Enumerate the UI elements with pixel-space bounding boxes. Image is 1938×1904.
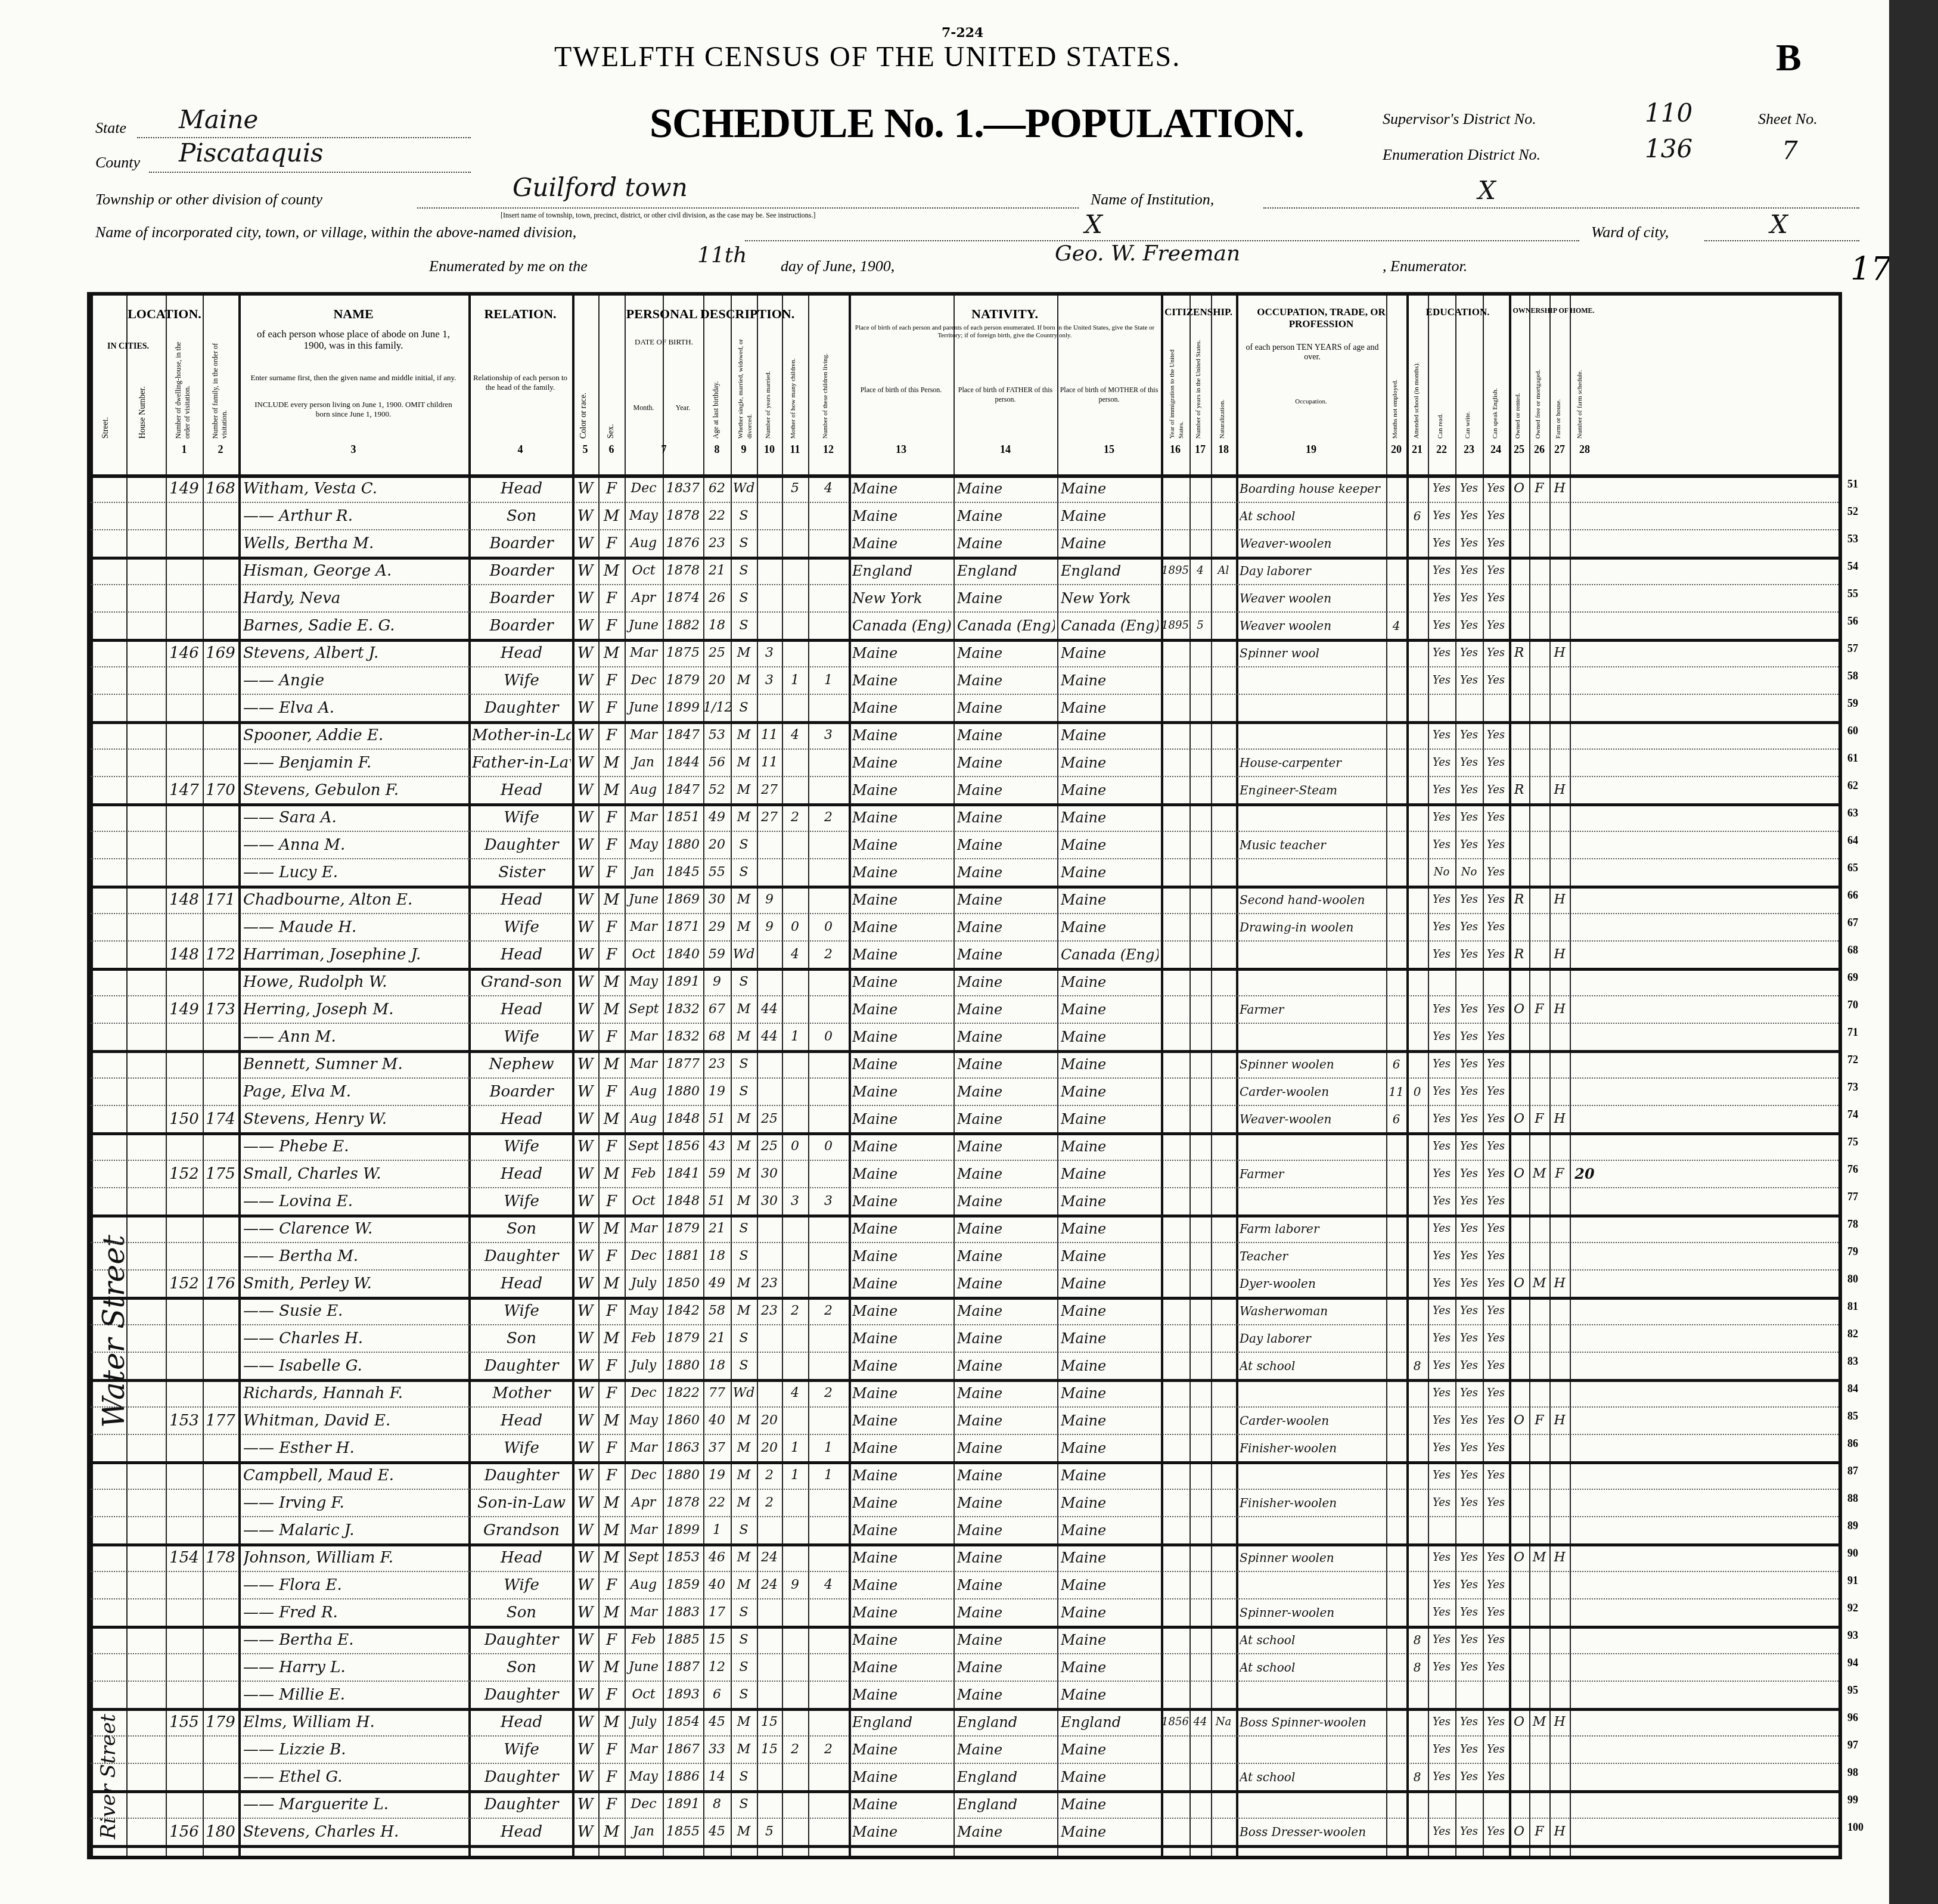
free-mortgaged: M [1529,1543,1549,1570]
dwelling-number [166,1023,203,1049]
table-row: Barnes, Sadie E. G. Boarder W F June 188… [91,611,1838,642]
attended-school [1406,1598,1428,1625]
naturalization [1211,694,1236,720]
birthplace-father: Maine [957,748,1055,775]
months-unemployed [1386,1215,1406,1241]
birthplace-father: Maine [957,1818,1055,1844]
birthplace-father: Maine [957,886,1055,912]
owned-rented [1509,1324,1529,1350]
months-unemployed [1386,1598,1406,1625]
table-row: —— Arthur R. Son W M May 1878 22 S Maine… [91,502,1838,530]
marital-status-header: Whether single, married, widowed, or div… [737,331,754,439]
sex: F [598,584,625,610]
occupation [1240,858,1385,884]
dwelling-number: 147 [166,776,203,802]
birth-month: Dec [625,1379,663,1405]
age: 18 [703,611,731,638]
farm-house [1549,1434,1570,1460]
attended-school [1406,557,1428,583]
birthplace-father: Maine [957,940,1055,967]
attended-school [1406,1516,1428,1542]
birthplace-father: Maine [957,1324,1055,1350]
children-living [808,858,849,884]
months-unemployed [1386,1790,1406,1816]
free-mortgaged [1529,1324,1549,1350]
line-number: 79 [1847,1245,1858,1258]
owned-rented [1509,1571,1529,1597]
can-read: Yes [1428,1626,1455,1652]
immigration-year [1161,1242,1189,1268]
attended-school [1406,584,1428,610]
birthplace-father: Maine [957,1598,1055,1625]
ward-value: X [1770,210,1788,239]
age: 21 [703,1215,731,1241]
marital-status: S [731,831,757,857]
naturalization [1211,1105,1236,1131]
color: W [572,1077,598,1104]
birthplace-mother: England [1061,557,1159,583]
can-write: Yes [1455,995,1483,1021]
table-row: —— Bertha E. Daughter W F Feb 1885 15 S … [91,1626,1838,1654]
can-speak-english: Yes [1483,1160,1509,1186]
attended-school [1406,1324,1428,1350]
immigration-year [1161,529,1189,555]
marital-status: M [731,1187,757,1213]
free-mortgaged-header: Owned free or mortgaged. [1534,337,1543,439]
line-number: 97 [1847,1739,1858,1751]
person-name: —— Esther H. [243,1434,466,1460]
line-number: 80 [1847,1273,1858,1285]
colnum-26: 26 [1529,443,1549,456]
farm-schedule-number [1570,557,1600,583]
free-mortgaged [1529,639,1549,665]
person-name: Harriman, Josephine J. [243,940,466,967]
years-in-us-header: Number of years in the United States. [1194,331,1203,439]
immigration-year [1161,1790,1189,1816]
group-citizenship: CITIZENSHIP. [1161,306,1236,318]
months-unemployed [1386,1379,1406,1405]
immigration-year [1161,913,1189,939]
occupation: Carder-woolen [1240,1077,1385,1104]
mother-of [782,831,808,857]
farm-house [1549,1187,1570,1213]
children-living [808,529,849,555]
months-unemployed [1386,1324,1406,1350]
birthplace-mother: Maine [1061,1571,1159,1597]
relation: Head [472,995,571,1021]
family-number [203,1735,238,1762]
sex: F [598,694,625,720]
immigration-year [1161,1187,1189,1213]
can-read: Yes [1428,1708,1455,1734]
children-living [808,1324,849,1350]
dwelling-number: 154 [166,1543,203,1570]
can-read: Yes [1428,1489,1455,1515]
birth-year: 1847 [663,721,703,747]
relation: Boarder [472,584,571,610]
family-number [203,694,238,720]
sex: M [598,1324,625,1350]
color: W [572,1434,598,1460]
birth-year: 1882 [663,611,703,638]
relation: Boarder [472,611,571,638]
immigration-year [1161,1489,1189,1515]
person-name: Chadbourne, Alton E. [243,886,466,912]
birth-year: 1886 [663,1763,703,1789]
can-write: Yes [1455,1708,1483,1734]
color: W [572,1735,598,1762]
person-name: Barnes, Sadie E. G. [243,611,466,638]
dwelling-number [166,1050,203,1076]
group-ownership: OWNERSHIP OF HOME. [1509,306,1598,315]
farm-house [1549,1352,1570,1378]
can-read: Yes [1428,1598,1455,1625]
family-header: Number of family, in the order of visita… [211,331,229,439]
line-number: 71 [1847,1026,1858,1039]
birthplace-mother: Maine [1061,1790,1159,1816]
children-living [808,1763,849,1789]
marital-status: M [731,776,757,802]
farm-schedule-number: 20 [1570,1160,1600,1186]
birth-year: 1855 [663,1818,703,1844]
age: 67 [703,995,731,1021]
can-read: Yes [1428,831,1455,857]
attended-school [1406,1132,1428,1158]
table-row: —— Fred R. Son W M Mar 1883 17 S Maine M… [91,1598,1838,1629]
free-mortgaged [1529,1077,1549,1104]
person-name: Richards, Hannah F. [243,1379,466,1405]
naturalization [1211,584,1236,610]
family-number: 179 [203,1708,238,1734]
enumerated-day: 11th [697,243,747,268]
farm-house [1549,1297,1570,1323]
immigration-year [1161,803,1189,830]
relation: Head [472,940,571,967]
sex: M [598,1818,625,1844]
birth-year: 1875 [663,639,703,665]
age: 33 [703,1735,731,1762]
table-row: Spooner, Addie E. Mother-in-Law W F Mar … [91,721,1838,750]
months-unemployed [1386,886,1406,912]
months-unemployed [1386,1818,1406,1844]
farm-house [1549,831,1570,857]
years-married: 30 [757,1160,782,1186]
dwelling-number [166,1077,203,1104]
enumeration-district-label: Enumeration District No. [1383,146,1541,164]
marital-status: S [731,1516,757,1542]
table-row: —— Esther H. Wife W F Mar 1863 37 M 20 1… [91,1434,1838,1464]
person-name: Stevens, Albert J. [243,639,466,665]
sex: M [598,748,625,775]
years-in-us [1189,1187,1211,1213]
birth-month: May [625,831,663,857]
owned-rented [1509,1132,1529,1158]
birthplace-mother: Maine [1061,1681,1159,1707]
birth-month: June [625,886,663,912]
sex: M [598,995,625,1021]
naturalization [1211,1132,1236,1158]
attended-school [1406,1461,1428,1487]
years-married: 2 [757,1489,782,1515]
age: 1/12 [703,694,731,720]
age: 55 [703,858,731,884]
can-write: Yes [1455,1132,1483,1158]
city-label: Name of incorporated city, town, or vill… [95,223,576,241]
table-row: —— Charles H. Son W M Feb 1879 21 S Main… [91,1324,1838,1353]
children-living [808,611,849,638]
years-in-us [1189,1215,1211,1241]
can-speak-english: Yes [1483,1571,1509,1597]
person-name: —— Elva A. [243,694,466,720]
family-number [203,611,238,638]
birthplace-mother: Maine [1061,1324,1159,1350]
colnum-23: 23 [1455,443,1483,456]
relation: Wife [472,803,571,830]
age: 1 [703,1516,731,1542]
relation: Head [472,776,571,802]
relation: Grandson [472,1516,571,1542]
immigration-year [1161,748,1189,775]
can-read [1428,1681,1455,1707]
years-in-us [1189,1763,1211,1789]
colnum-18: 18 [1211,443,1236,456]
color: W [572,858,598,884]
birthplace-person: Maine [852,1324,951,1350]
age: 22 [703,1489,731,1515]
owned-rented [1509,529,1529,555]
years-in-us [1189,776,1211,802]
farm-schedule-number [1570,858,1600,884]
attended-school [1406,1105,1428,1131]
birth-year: 1880 [663,1352,703,1378]
attended-school [1406,1708,1428,1734]
farm-schedule-number [1570,1818,1600,1844]
naturalization [1211,1681,1236,1707]
farm-house [1549,1461,1570,1487]
years-married: 27 [757,776,782,802]
mother-of: 0 [782,913,808,939]
birth-year: 1840 [663,940,703,967]
birth-year: 1863 [663,1434,703,1460]
can-write: Yes [1455,831,1483,857]
birth-year: 1856 [663,1132,703,1158]
children-living [808,776,849,802]
date-of-birth-label: DATE OF BIRTH. [625,337,703,347]
years-married: 23 [757,1297,782,1323]
mother-of [782,1324,808,1350]
colnum-2: 2 [203,443,238,456]
colnum-17: 17 [1189,443,1211,456]
family-number [203,1297,238,1323]
months-unemployed [1386,1132,1406,1158]
years-in-us [1189,1434,1211,1460]
marital-status: S [731,1242,757,1268]
sex: F [598,611,625,638]
occupation: Drawing-in woolen [1240,913,1385,939]
free-mortgaged [1529,858,1549,884]
farm-schedule-number [1570,1132,1600,1158]
children-living [808,1543,849,1570]
birthplace-person: Maine [852,1681,951,1707]
months-unemployed: 6 [1386,1105,1406,1131]
sex: M [598,1489,625,1515]
farm-schedule-number [1570,1461,1600,1487]
free-mortgaged: M [1529,1160,1549,1186]
free-mortgaged: F [1529,1818,1549,1844]
free-mortgaged [1529,1297,1549,1323]
can-write: Yes [1455,1571,1483,1597]
birthplace-father: Maine [957,776,1055,802]
can-read: Yes [1428,1105,1455,1131]
month-label: Month. [625,403,663,412]
dwelling-number: 149 [166,474,203,501]
birthplace-person: Maine [852,1735,951,1762]
years-in-us [1189,968,1211,994]
birthplace-person: England [852,557,951,583]
sex: F [598,1077,625,1104]
attended-school [1406,1379,1428,1405]
person-name: —— Lovina E. [243,1187,466,1213]
ward-label: Ward of city, [1591,223,1669,241]
occupation [1240,1735,1385,1762]
mother-of: 2 [782,803,808,830]
dwelling-number [166,831,203,857]
birthplace-father: Maine [957,858,1055,884]
sex: F [598,858,625,884]
farm-schedule-number [1570,1187,1600,1213]
birth-year: 1853 [663,1543,703,1570]
age: 23 [703,1050,731,1076]
occupation: Washerwoman [1240,1297,1385,1323]
mother-of [782,776,808,802]
naturalization [1211,1790,1236,1816]
years-in-us [1189,1324,1211,1350]
birthplace-mother: Maine [1061,1187,1159,1213]
immigration-year [1161,1297,1189,1323]
years-married [757,858,782,884]
birthplace-father: Maine [957,968,1055,994]
relation: Daughter [472,831,571,857]
marital-status: S [731,858,757,884]
years-married [757,1598,782,1625]
sex: M [598,639,625,665]
color: W [572,694,598,720]
enumeration-district-value: 136 [1645,134,1692,163]
birth-year: 1891 [663,968,703,994]
sex: M [598,1050,625,1076]
color: W [572,584,598,610]
can-speak-english: Yes [1483,1735,1509,1762]
free-mortgaged [1529,694,1549,720]
line-number: 55 [1847,588,1858,600]
owned-rented [1509,1763,1529,1789]
birth-year: 1887 [663,1653,703,1679]
years-married: 23 [757,1269,782,1296]
person-name: —— Bertha E. [243,1626,466,1652]
sex: M [598,1160,625,1186]
owned-rented [1509,1461,1529,1487]
age: 9 [703,968,731,994]
owned-rented-header: Owned or rented. [1514,373,1523,439]
birthplace-person: Maine [852,1406,951,1433]
naturalization [1211,1050,1236,1076]
family-number [203,1379,238,1405]
farm-schedule-number [1570,1790,1600,1816]
birthplace-person: Maine [852,1818,951,1844]
sex: F [598,1571,625,1597]
birthplace-person: Maine [852,1489,951,1515]
can-write: Yes [1455,1050,1483,1076]
birth-year: 1832 [663,1023,703,1049]
table-row: Hisman, George A. Boarder W M Oct 1878 2… [91,557,1838,585]
line-number: 86 [1847,1437,1858,1450]
birthplace-mother: Maine [1061,886,1159,912]
person-name: —— Flora E. [243,1571,466,1597]
birthplace-father: Maine [957,1379,1055,1405]
age: 17 [703,1598,731,1625]
naturalization [1211,1571,1236,1597]
attended-school: 8 [1406,1653,1428,1679]
group-occupation: OCCUPATION, TRADE, OR PROFESSION [1236,306,1406,330]
table-row: Richards, Hannah F. Mother W F Dec 1822 … [91,1379,1838,1408]
years-in-us: 5 [1189,611,1211,638]
family-number [203,1215,238,1241]
enumerated-mid: day of June, 1900, [781,257,895,275]
immigration-year [1161,1269,1189,1296]
occupation: Day laborer [1240,557,1385,583]
children-living [808,1077,849,1104]
person-name: Campbell, Maud E. [243,1461,466,1487]
person-name: —— Isabelle G. [243,1352,466,1378]
marital-status: M [731,1105,757,1131]
birth-month: Mar [625,1023,663,1049]
farm-house [1549,1653,1570,1679]
attended-school [1406,611,1428,638]
occupation [1240,1681,1385,1707]
marital-status: S [731,1324,757,1350]
can-speak-english [1483,694,1509,720]
person-name: —— Susie E. [243,1297,466,1323]
line-number: 58 [1847,670,1858,682]
birth-year: 1885 [663,1626,703,1652]
naturalization: Al [1211,557,1236,583]
farm-house: H [1549,776,1570,802]
dwelling-number [166,721,203,747]
can-read [1428,968,1455,994]
dwelling-header: Number of dwelling-house, in the order o… [174,331,192,439]
attended-school [1406,694,1428,720]
owned-rented [1509,1516,1529,1542]
relation: Daughter [472,1763,571,1789]
immigration-year [1161,1105,1189,1131]
attended-school [1406,1818,1428,1844]
years-in-us [1189,1160,1211,1186]
sex: F [598,1187,625,1213]
form-number: 7-224 [942,25,983,41]
farm-house: H [1549,1269,1570,1296]
marital-status: M [731,1543,757,1570]
marital-status: Wd [731,474,757,501]
birth-month: Aug [625,1077,663,1104]
table-row: 156 180 Stevens, Charles H. Head W M Jan… [91,1818,1838,1848]
attended-school [1406,1242,1428,1268]
person-name: —— Phebe E. [243,1132,466,1158]
months-unemployed [1386,1489,1406,1515]
relation: Wife [472,1023,571,1049]
free-mortgaged [1529,748,1549,775]
birth-year: 1851 [663,803,703,830]
relation: Grand-son [472,968,571,994]
